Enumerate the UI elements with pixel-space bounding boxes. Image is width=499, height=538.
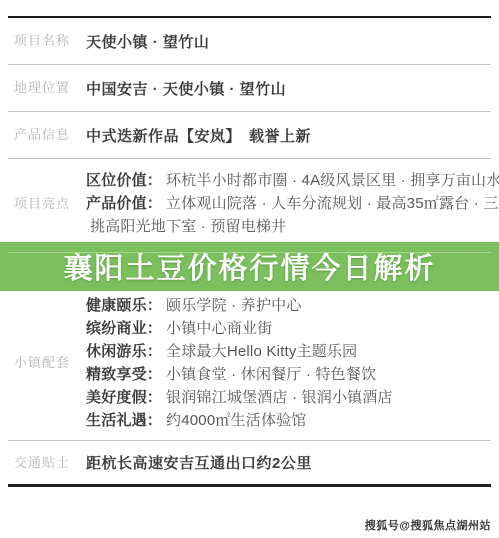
line-text: 环杭半小时都市圈 · 4A级风景区里 · 拥享万亩山水大境 — [166, 172, 499, 189]
line-prefix: 美好度假： — [86, 389, 162, 406]
row-product-info: 产品信息 中式迭新作品【安岚】 载誉上新 — [8, 112, 491, 159]
watermark: 搜狐号@搜狐焦点湖州站 — [365, 517, 491, 533]
amenity-line: 美好度假：银润锦江城堡酒店 · 银润小镇酒店 — [86, 386, 491, 409]
line-text: 小镇中心商业街 — [166, 320, 272, 337]
row-value: 中式迭新作品【安岚】 载誉上新 — [86, 125, 311, 146]
promo-banner: 襄阳土豆价格行情今日解析 — [0, 242, 499, 291]
row-label: 交通贴士 — [8, 455, 86, 471]
highlight-line: 挑高阳光地下室 · 预留电梯井 — [86, 215, 499, 238]
line-prefix: 区位价值： — [86, 172, 162, 189]
amenity-line: 精致享受：小镇食堂 · 休闲餐厅 · 特色餐饮 — [86, 363, 491, 386]
line-text: 约4000㎡生活体验馆 — [166, 412, 307, 429]
row-label: 项目名称 — [8, 33, 86, 49]
row-value: 天使小镇 · 望竹山 — [86, 31, 209, 52]
highlight-line: 区位价值：环杭半小时都市圈 · 4A级风景区里 · 拥享万亩山水大境 — [86, 169, 499, 192]
amenity-line: 生活礼遇：约4000㎡生活体验馆 — [86, 409, 491, 432]
bottom-rule — [8, 484, 491, 487]
row-label: 产品信息 — [8, 127, 86, 143]
line-text: 银润锦江城堡酒店 · 银润小镇酒店 — [166, 389, 393, 406]
row-label: 地理位置 — [8, 80, 86, 96]
line-prefix: 生活礼遇： — [86, 412, 162, 429]
amenities-lines: 健康颐乐：颐乐学院 · 养护中心 缤纷商业：小镇中心商业街 休闲游乐：全球最大H… — [86, 294, 491, 432]
row-value: 中国安吉 · 天使小镇 · 望竹山 — [86, 78, 286, 99]
row-amenities: 小镇配套 健康颐乐：颐乐学院 · 养护中心 缤纷商业：小镇中心商业街 休闲游乐：… — [8, 291, 491, 441]
row-highlights: 项目亮点 区位价值：环杭半小时都市圈 · 4A级风景区里 · 拥享万亩山水大境 … — [8, 159, 491, 242]
line-prefix: 休闲游乐： — [86, 343, 162, 360]
line-text: 全球最大Hello Kitty主题乐园 — [166, 343, 357, 360]
amenity-line: 健康颐乐：颐乐学院 · 养护中心 — [86, 294, 491, 317]
row-value: 距杭长高速安吉互通出口约2公里 — [86, 452, 312, 473]
banner-divider-line — [8, 252, 491, 253]
line-text: 挑高阳光地下室 · 预留电梯井 — [90, 218, 286, 235]
row-traffic: 交通贴士 距杭长高速安吉互通出口约2公里 — [8, 441, 491, 484]
row-project-name: 项目名称 天使小镇 · 望竹山 — [8, 18, 491, 65]
line-prefix: 产品价值： — [86, 195, 162, 212]
amenity-line: 缤纷商业：小镇中心商业街 — [86, 317, 491, 340]
line-prefix: 精致享受： — [86, 366, 162, 383]
line-prefix: 缤纷商业： — [86, 320, 162, 337]
amenity-line: 休闲游乐：全球最大Hello Kitty主题乐园 — [86, 340, 491, 363]
highlights-lines: 区位价值：环杭半小时都市圈 · 4A级风景区里 · 拥享万亩山水大境 产品价值：… — [86, 169, 499, 238]
info-sheet: 项目名称 天使小镇 · 望竹山 地理位置 中国安吉 · 天使小镇 · 望竹山 产… — [0, 0, 499, 538]
row-label: 项目亮点 — [8, 196, 86, 212]
row-location: 地理位置 中国安吉 · 天使小镇 · 望竹山 — [8, 65, 491, 112]
line-prefix: 健康颐乐： — [86, 297, 162, 314]
line-text: 立体观山院落 · 人车分流规划 · 最高35㎡露台 · 三套房设计 — [166, 195, 499, 212]
row-label: 小镇配套 — [8, 355, 86, 371]
line-text: 颐乐学院 · 养护中心 — [166, 297, 302, 314]
line-text: 小镇食堂 · 休闲餐厅 · 特色餐饮 — [166, 366, 376, 383]
highlight-line: 产品价值：立体观山院落 · 人车分流规划 · 最高35㎡露台 · 三套房设计 — [86, 192, 499, 215]
